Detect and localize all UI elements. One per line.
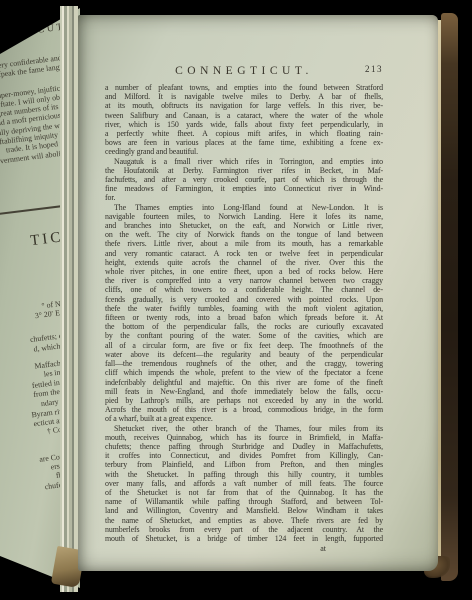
text-line: thefe the water fwiftly tumbles, foaming… <box>105 304 383 313</box>
text-line: all of a circular form, are five or fix … <box>105 341 383 350</box>
text-line: it croffes into Connecticut, and divides… <box>105 451 383 460</box>
text-line: the river is compreffed into a very narr… <box>105 276 383 285</box>
text-line: of a wharf, built at a great expence. <box>105 414 383 423</box>
text-line: the bottom of the perpendicular falls, t… <box>105 322 383 331</box>
text-line: chufetts; thence paffing through Sturbri… <box>105 442 383 451</box>
text-line: and branches into Shetucket, on the eaft… <box>105 221 383 230</box>
text-line: height, extends quite acrofs the channel… <box>105 258 383 267</box>
text-line: by the conftant pouring of the water. So… <box>105 331 383 340</box>
text-line: with the Shetucket. In paffing through t… <box>105 470 383 479</box>
text-line: Naugatuk is a fmall river which rifes in… <box>105 157 383 166</box>
text-line: over many falls, and affords a vaft numb… <box>105 479 383 488</box>
page-text-block: CONNEGTICUT. 213 a number of pleafant to… <box>105 15 383 553</box>
text-line: fifteen or twenty rods, into a broad baf… <box>105 313 383 322</box>
text-line: of the Shetucket is not far from that of… <box>105 488 383 497</box>
text-line: bows are feen in various places at the f… <box>105 138 383 147</box>
text-line: fall—the tremendous roughnefs of the oth… <box>105 359 383 368</box>
text-line: and very romantic cataract. A rock ten o… <box>105 249 383 258</box>
text-line: a number of pleafant towns, and empties … <box>105 83 383 92</box>
text-line: the Houfatonik at Derby. Farmington rive… <box>105 166 383 175</box>
text-line: numberlefs brooks from every part of the… <box>105 525 383 534</box>
text-line: land and Willington, Coventry and Mansfi… <box>105 506 383 515</box>
text-line: The Thames empties into Long-Ifland foun… <box>105 203 383 212</box>
gutter-page-edges <box>60 6 79 592</box>
text-line: ceedingly grand and beautiful. <box>105 147 383 156</box>
text-line: navigable fourteen miles, to Norwich Lan… <box>105 212 383 221</box>
text-line: terbury from Plainfield, and Lifbon from… <box>105 460 383 469</box>
book-photo: ICUT., at a very confiderable and thenot… <box>0 0 472 600</box>
catchword: at <box>105 544 383 553</box>
text-line: fine meadows of Farmington, it empties i… <box>105 184 383 193</box>
text-line: fcends gradually, is very crooked and co… <box>105 295 383 304</box>
text-line: a perfectly white fheet. A copious mift … <box>105 129 383 138</box>
text-line: mouth, receives Quinnabog, which has its… <box>105 433 383 442</box>
text-line: indefcribably delightful and majeftic. O… <box>105 378 383 387</box>
text-line: mill feats in New-England, and thofe imm… <box>105 387 383 396</box>
text-line: and Milford. It is navigable twelve mile… <box>105 92 383 101</box>
text-line: fachufetts, and after a very crooked cou… <box>105 175 383 184</box>
text-line: on the weft. The city of Norwick ftands … <box>105 230 383 239</box>
text-line: whole river pitches, in one entire fheet… <box>105 267 383 276</box>
text-line: for. <box>105 193 383 202</box>
text-line: name of Willamantik while paffing throug… <box>105 497 383 506</box>
text-line: pied by Lathrop's mills, are perhaps not… <box>105 396 383 405</box>
text-line: water above its defcent—the regularity a… <box>105 350 383 359</box>
text-line: cliffs, one of which towers to a confide… <box>105 285 383 294</box>
body-text: a number of pleafant towns, and empties … <box>105 83 383 543</box>
page-title: CONNEGTICUT. <box>175 65 313 77</box>
text-line: cliff which impends the whole, prefent t… <box>105 368 383 377</box>
text-line: river, which is 150 yards wide, falls ab… <box>105 120 383 129</box>
right-page: CONNEGTICUT. 213 a number of pleafant to… <box>78 15 438 571</box>
book-cover-edge <box>441 13 458 581</box>
text-line: mouth of Shetucket, is a bridge of timbe… <box>105 534 383 543</box>
running-header: CONNEGTICUT. 213 <box>105 61 383 75</box>
text-line: Shetucket river, the other branch of the… <box>105 424 383 433</box>
text-line: thefe rivers. Little river, about a mile… <box>105 239 383 248</box>
text-line: at its mouth, obftructs its navigation f… <box>105 101 383 110</box>
text-line: tween Salifbury and Canaan, is a catarac… <box>105 111 383 120</box>
text-line: the name of Shetucket, and empties as ab… <box>105 516 383 525</box>
text-line: Acrofs the mouth of this river is a broa… <box>105 405 383 414</box>
page-number: 213 <box>365 64 383 74</box>
